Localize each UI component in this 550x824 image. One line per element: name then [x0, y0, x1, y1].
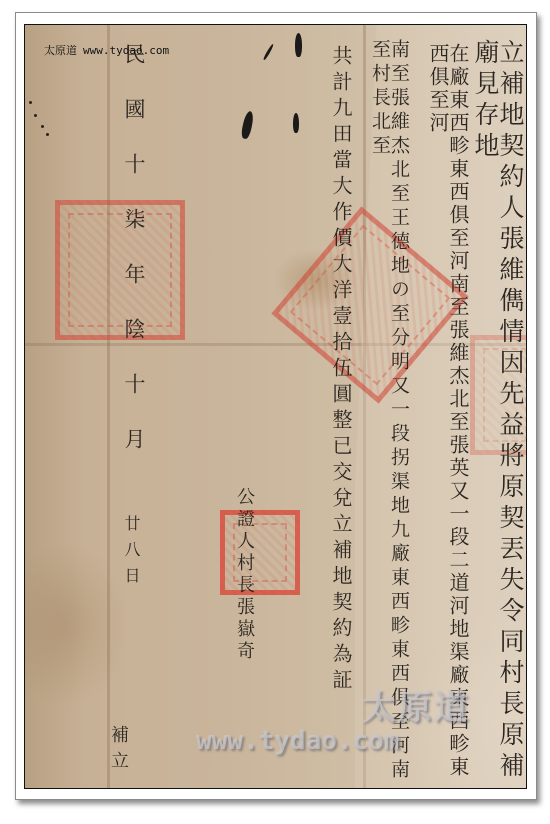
witness-name: 張嶽奇	[234, 597, 255, 663]
ink-mark	[295, 33, 302, 57]
witness-label: 公證人	[234, 487, 255, 553]
red-seal-stamp	[55, 200, 185, 340]
deed-text-column: 共計九田當大作價大洋壹拾伍圓整已交兌立補地契約為証	[331, 45, 351, 695]
site-tag: 太原道www.tydao.com	[44, 42, 169, 58]
witness-signature: 公證人村長張嶽奇	[235, 487, 253, 663]
deed-text-column: 南至張維杰北至王德地の至分明又一段拐渠地九廠東西畛東西俱至河南至村長北至	[370, 39, 408, 788]
site-url: www.tydao.com	[83, 44, 169, 57]
ink-dot	[46, 133, 49, 136]
witness-title: 村長	[234, 553, 255, 597]
ink-mark	[293, 113, 299, 133]
red-seal-stamp	[220, 510, 300, 595]
ink-dot	[34, 114, 37, 117]
ink-mark	[240, 110, 255, 139]
ink-mark	[263, 43, 275, 60]
deed-text-column: 在廠東西畛東西俱至河南至張維杰北至張英又一段二道河地渠廠東西畛東西俱至河	[428, 43, 468, 788]
ink-dot	[29, 101, 32, 104]
deed-text-column: 補立	[109, 725, 127, 777]
watermark-url: www.tydao.com	[196, 726, 400, 756]
site-name: 太原道	[44, 44, 77, 57]
fold-line	[107, 25, 110, 788]
deed-photo: 立補地契約人張維儁情因先益將原契丟失令同村長原補廟見存地 在廠東西畛東西俱至河南…	[24, 24, 527, 789]
date-column: 民國十柒年陰十月	[123, 43, 144, 483]
deed-text-column: 立補地契約人張維儁情因先益將原契丟失令同村長原補廟見存地	[473, 39, 523, 788]
ink-dot	[41, 125, 44, 128]
watermark-logo: 太原道	[362, 680, 470, 729]
date-day-column: 廿八日	[123, 515, 139, 593]
